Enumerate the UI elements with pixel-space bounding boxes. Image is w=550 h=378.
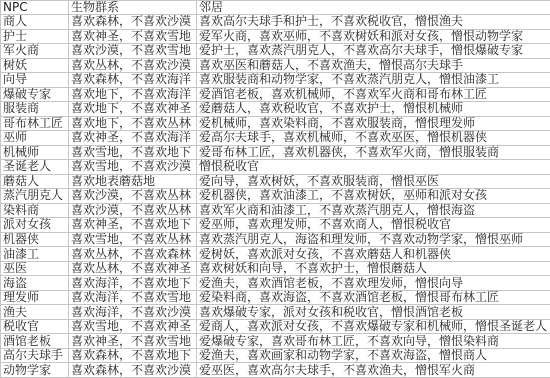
neighbors-cell: 爱哥布林工匠，喜欢机器侠，不喜欢军火商，憎恨服装商	[197, 145, 550, 160]
neighbors-cell: 爱酒馆老板，喜欢机械师，不喜欢军火商和哥布林工匠	[197, 87, 550, 102]
npc-name-cell: 蒸汽朋克人	[1, 189, 69, 204]
table-row: 树妖喜欢丛林，不喜欢沙漠喜欢巫医和蘑菇人，不喜欢渔夫，憎恨高尔夫球手	[1, 58, 550, 73]
table-row: 派对女孩喜欢神圣，不喜欢地下爱巫师，喜欢理发师，不喜欢商人，憎恨税收官	[1, 218, 550, 233]
table-row: 爆破专家喜欢地下，不喜欢海洋爱酒馆老板，喜欢机械师，不喜欢军火商和哥布林工匠	[1, 87, 550, 102]
biome-cell: 喜欢森林，不喜欢地下	[69, 348, 197, 363]
neighbors-cell: 爱爆破专家，喜欢哥布林工匠，不喜欢向导，憎恨染料商	[197, 334, 550, 349]
table-row: 海盗喜欢海洋，不喜欢地下爱渔夫，喜欢酒馆老板，不喜欢理发师，憎恨向导	[1, 276, 550, 291]
table-row: 圣诞老人喜欢雪地，不喜欢沙漠憎恨税收官	[1, 160, 550, 175]
table-row: 机器侠喜欢雪地，不喜欢丛林喜欢蒸汽朋克人，海盗和理发师，不喜欢动物学家，憎恨巫师	[1, 232, 550, 247]
table-row: 机械师喜欢雪地，不喜欢地下爱哥布林工匠，喜欢机器侠，不喜欢军火商，憎恨服装商	[1, 145, 550, 160]
biome-cell: 喜欢海洋，不喜欢地下	[69, 276, 197, 291]
biome-cell: 喜欢丛林，不喜欢沙漠	[69, 58, 197, 73]
biome-cell: 喜欢地表蘑菇地	[69, 174, 197, 189]
header-neighbors: 邻居	[197, 1, 550, 15]
npc-name-cell: 巫医	[1, 261, 69, 276]
biome-cell: 喜欢森林，不喜欢海洋	[69, 73, 197, 88]
neighbors-cell: 喜欢高尔夫球手和护士，不喜欢税收官，憎恨渔夫	[197, 15, 550, 30]
biome-cell: 喜欢地下，不喜欢海洋	[69, 87, 197, 102]
table-row: 巫师喜欢神圣，不喜欢海洋爱高尔夫球手，喜欢机械师，不喜欢巫医，憎恨机器侠	[1, 131, 550, 146]
biome-cell: 喜欢雪地，不喜欢丛林	[69, 232, 197, 247]
table-row: 护士喜欢神圣，不喜欢雪地爱军火商，喜欢巫师，不喜欢树妖和派对女孩，憎恨动物学家	[1, 29, 550, 44]
neighbors-cell: 喜欢服装商和动物学家，不喜欢蒸汽朋克人，憎恨油漆工	[197, 73, 550, 88]
neighbors-cell: 爱商人，喜欢派对女孩，不喜欢爆破专家和机械师，憎恨圣诞老人	[197, 319, 550, 334]
neighbors-cell: 爱护士，喜欢蒸汽朋克人，不喜欢高尔夫球手，憎恨爆破专家	[197, 44, 550, 59]
npc-name-cell: 爆破专家	[1, 87, 69, 102]
neighbors-cell: 爱渔夫，喜欢酒馆老板，不喜欢理发师，憎恨向导	[197, 276, 550, 291]
npc-name-cell: 派对女孩	[1, 218, 69, 233]
npc-name-cell: 商人	[1, 15, 69, 30]
biome-cell: 喜欢沙漠，不喜欢丛林	[69, 189, 197, 204]
npc-name-cell: 服装商	[1, 102, 69, 117]
npc-name-cell: 油漆工	[1, 247, 69, 262]
npc-name-cell: 动物学家	[1, 363, 69, 378]
npc-name-cell: 圣诞老人	[1, 160, 69, 175]
table-row: 巫医喜欢丛林，不喜欢神圣喜欢树妖和向导，不喜欢护士，憎恨蘑菇人	[1, 261, 550, 276]
neighbors-cell: 爱蘑菇人，喜欢税收官，不喜欢护士，憎恨机械师	[197, 102, 550, 117]
npc-name-cell: 理发师	[1, 290, 69, 305]
table-header-row: NPC 生物群系 邻居	[1, 1, 550, 15]
npc-name-cell: 酒馆老板	[1, 334, 69, 349]
biome-cell: 喜欢雪地，不喜欢沙漠	[69, 160, 197, 175]
table-row: 高尔夫球手喜欢森林，不喜欢地下爱渔夫，喜欢画家和动物学家，不喜欢海盗，憎恨商人	[1, 348, 550, 363]
npc-name-cell: 海盗	[1, 276, 69, 291]
neighbors-cell: 爱树妖，喜欢派对女孩，不喜欢蘑菇人和机器侠	[197, 247, 550, 262]
biome-cell: 喜欢丛林，不喜欢森林	[69, 247, 197, 262]
neighbors-cell: 喜欢树妖和向导，不喜欢护士，憎恨蘑菇人	[197, 261, 550, 276]
neighbors-cell: 爱军火商，喜欢巫师，不喜欢树妖和派对女孩，憎恨动物学家	[197, 29, 550, 44]
biome-cell: 喜欢地下，不喜欢神圣	[69, 102, 197, 117]
biome-cell: 喜欢神圣，不喜欢雪地	[69, 334, 197, 349]
neighbors-cell: 喜欢军火商和油漆工，不喜欢蒸汽朋克人，憎恨海盗	[197, 203, 550, 218]
npc-name-cell: 树妖	[1, 58, 69, 73]
npc-name-cell: 蘑菇人	[1, 174, 69, 189]
neighbors-cell: 爱机器侠，喜欢油漆工，不喜欢树妖，巫师和派对女孩	[197, 189, 550, 204]
npc-happiness-table: NPC 生物群系 邻居 商人喜欢森林，不喜欢沙漠喜欢高尔夫球手和护士，不喜欢税收…	[0, 0, 550, 378]
biome-cell: 喜欢海洋，不喜欢雪地	[69, 290, 197, 305]
table-row: 渔夫喜欢海洋，不喜欢沙漠喜欢爆破专家，派对女孩和税收官，憎恨酒馆老板	[1, 305, 550, 320]
table-row: 蘑菇人喜欢地表蘑菇地爱向导，喜欢树妖，不喜欢服装商，憎恨巫医	[1, 174, 550, 189]
table-row: 向导喜欢森林，不喜欢海洋喜欢服装商和动物学家，不喜欢蒸汽朋克人，憎恨油漆工	[1, 73, 550, 88]
header-npc: NPC	[1, 1, 69, 15]
table-row: 蒸汽朋克人喜欢沙漠，不喜欢丛林爱机器侠，喜欢油漆工，不喜欢树妖，巫师和派对女孩	[1, 189, 550, 204]
neighbors-cell: 爱染料商，喜欢海盗，不喜欢酒馆老板，憎恨哥布林工匠	[197, 290, 550, 305]
biome-cell: 喜欢森林，不喜欢沙漠	[69, 363, 197, 378]
table-row: 理发师喜欢海洋，不喜欢雪地爱染料商，喜欢海盗，不喜欢酒馆老板，憎恨哥布林工匠	[1, 290, 550, 305]
npc-name-cell: 机械师	[1, 145, 69, 160]
npc-name-cell: 哥布林工匠	[1, 116, 69, 131]
npc-name-cell: 渔夫	[1, 305, 69, 320]
table-row: 服装商喜欢地下，不喜欢神圣爱蘑菇人，喜欢税收官，不喜欢护士，憎恨机械师	[1, 102, 550, 117]
biome-cell: 喜欢神圣，不喜欢雪地	[69, 29, 197, 44]
neighbors-cell: 爱高尔夫球手，喜欢机械师，不喜欢巫医，憎恨机器侠	[197, 131, 550, 146]
header-biome: 生物群系	[69, 1, 197, 15]
npc-name-cell: 军火商	[1, 44, 69, 59]
biome-cell: 喜欢沙漠，不喜欢雪地	[69, 44, 197, 59]
neighbors-cell: 爱巫师，喜欢理发师，不喜欢商人，憎恨税收官	[197, 218, 550, 233]
neighbors-cell: 爱机械师，喜欢染料商，不喜欢服装商，憎恨理发师	[197, 116, 550, 131]
table-row: 商人喜欢森林，不喜欢沙漠喜欢高尔夫球手和护士，不喜欢税收官，憎恨渔夫	[1, 15, 550, 30]
biome-cell: 喜欢神圣，不喜欢海洋	[69, 131, 197, 146]
npc-name-cell: 染料商	[1, 203, 69, 218]
neighbors-cell: 喜欢爆破专家，派对女孩和税收官，憎恨酒馆老板	[197, 305, 550, 320]
biome-cell: 喜欢地下，不喜欢丛林	[69, 116, 197, 131]
biome-cell: 喜欢沙漠，不喜欢丛林	[69, 203, 197, 218]
table-body: 商人喜欢森林，不喜欢沙漠喜欢高尔夫球手和护士，不喜欢税收官，憎恨渔夫护士喜欢神圣…	[1, 15, 550, 378]
npc-name-cell: 高尔夫球手	[1, 348, 69, 363]
table-row: 军火商喜欢沙漠，不喜欢雪地爱护士，喜欢蒸汽朋克人，不喜欢高尔夫球手，憎恨爆破专家	[1, 44, 550, 59]
table-row: 税收官喜欢雪地，不喜欢神圣爱商人，喜欢派对女孩，不喜欢爆破专家和机械师，憎恨圣诞…	[1, 319, 550, 334]
npc-name-cell: 机器侠	[1, 232, 69, 247]
neighbors-cell: 爱向导，喜欢树妖，不喜欢服装商，憎恨巫医	[197, 174, 550, 189]
table-row: 哥布林工匠喜欢地下，不喜欢丛林爱机械师，喜欢染料商，不喜欢服装商，憎恨理发师	[1, 116, 550, 131]
neighbors-cell: 爱渔夫，喜欢画家和动物学家，不喜欢海盗，憎恨商人	[197, 348, 550, 363]
npc-name-cell: 巫师	[1, 131, 69, 146]
npc-name-cell: 向导	[1, 73, 69, 88]
biome-cell: 喜欢神圣，不喜欢地下	[69, 218, 197, 233]
biome-cell: 喜欢森林，不喜欢沙漠	[69, 15, 197, 30]
npc-name-cell: 护士	[1, 29, 69, 44]
table-row: 酒馆老板喜欢神圣，不喜欢雪地爱爆破专家，喜欢哥布林工匠，不喜欢向导，憎恨染料商	[1, 334, 550, 349]
neighbors-cell: 喜欢蒸汽朋克人，海盗和理发师，不喜欢动物学家，憎恨巫师	[197, 232, 550, 247]
neighbors-cell: 爱巫医，喜欢高尔夫球手，不喜欢渔夫，憎恨军火商	[197, 363, 550, 378]
biome-cell: 喜欢海洋，不喜欢沙漠	[69, 305, 197, 320]
neighbors-cell: 憎恨税收官	[197, 160, 550, 175]
biome-cell: 喜欢雪地，不喜欢地下	[69, 145, 197, 160]
biome-cell: 喜欢雪地，不喜欢神圣	[69, 319, 197, 334]
table-row: 染料商喜欢沙漠，不喜欢丛林喜欢军火商和油漆工，不喜欢蒸汽朋克人，憎恨海盗	[1, 203, 550, 218]
table-row: 动物学家喜欢森林，不喜欢沙漠爱巫医，喜欢高尔夫球手，不喜欢渔夫，憎恨军火商	[1, 363, 550, 378]
npc-name-cell: 税收官	[1, 319, 69, 334]
biome-cell: 喜欢丛林，不喜欢神圣	[69, 261, 197, 276]
neighbors-cell: 喜欢巫医和蘑菇人，不喜欢渔夫，憎恨高尔夫球手	[197, 58, 550, 73]
table-row: 油漆工喜欢丛林，不喜欢森林爱树妖，喜欢派对女孩，不喜欢蘑菇人和机器侠	[1, 247, 550, 262]
